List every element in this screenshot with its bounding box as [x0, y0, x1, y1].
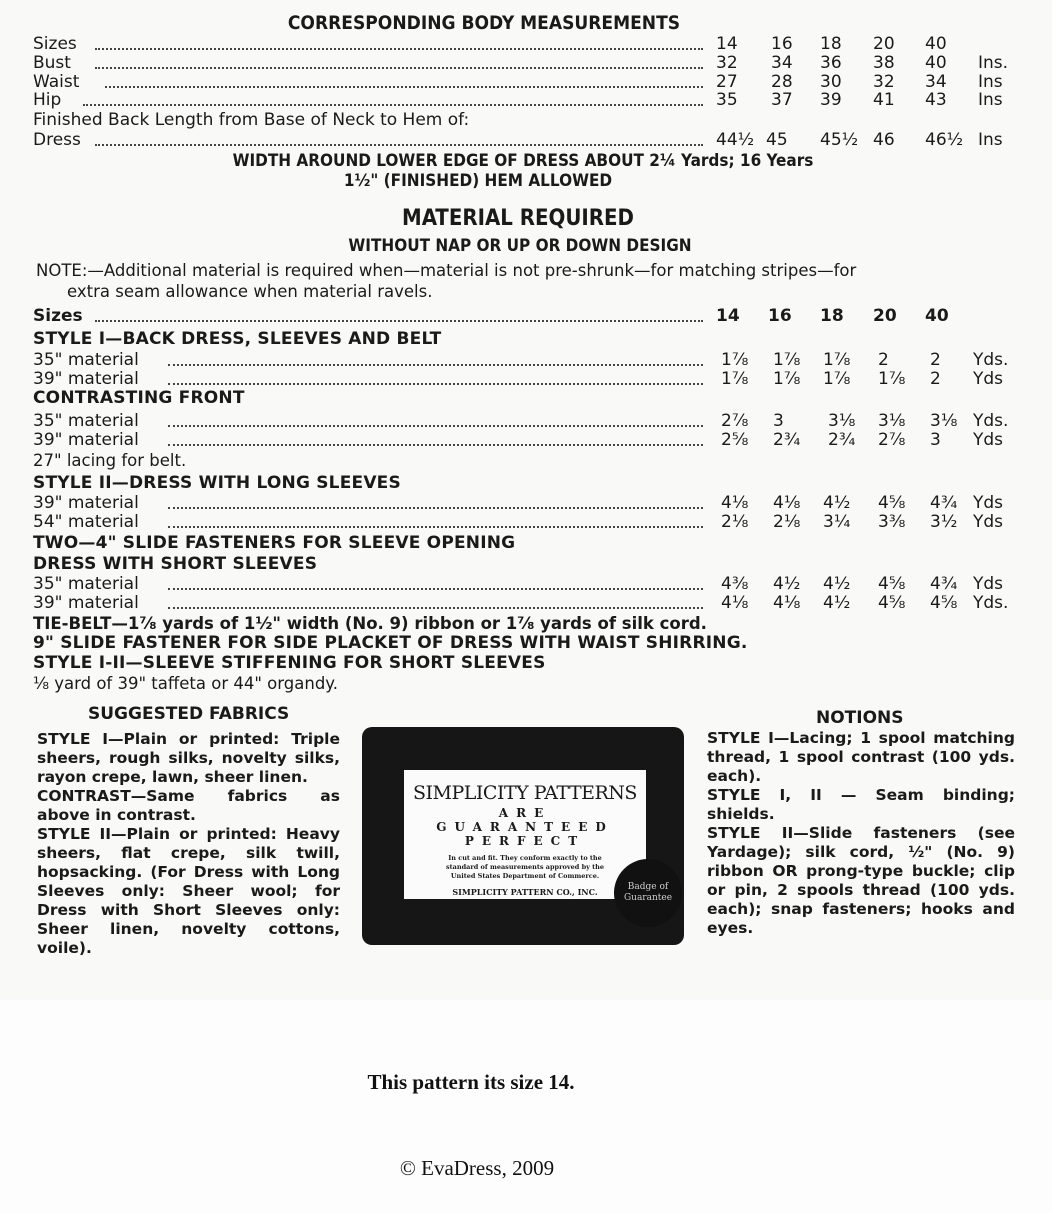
row-label: Waist [33, 72, 79, 92]
notions-style2: STYLE II—Slide fasteners (see Yardage); … [707, 824, 1015, 938]
value: 2 [878, 350, 933, 370]
value: 1⅞ [721, 350, 776, 370]
value: 18 [820, 306, 875, 326]
material-note-line1: NOTE:—Additional material is required wh… [36, 261, 856, 280]
leader-dots [95, 46, 703, 50]
value: 41 [873, 90, 928, 110]
unit: Ins [978, 90, 1003, 110]
value: 16 [768, 306, 823, 326]
value: 3⅛ [828, 411, 883, 431]
value: 4⅛ [721, 493, 776, 513]
value: 1⅞ [773, 369, 828, 389]
value: 4⅛ [721, 593, 776, 613]
value: 34 [925, 72, 980, 92]
pattern-page: CORRESPONDING BODY MEASUREMENTS Sizes 14… [0, 0, 1052, 1213]
row-label: 35" material [33, 574, 139, 594]
value: 1⅞ [721, 369, 776, 389]
contrasting-front-heading: CONTRASTING FRONT [33, 388, 245, 408]
material-note-line2: extra seam allowance when material ravel… [67, 282, 432, 301]
leader-dots [105, 84, 703, 88]
pattern-size-note: This pattern its size 14. [0, 1070, 997, 1095]
value: 1⅞ [823, 350, 878, 370]
row-label: Bust [33, 53, 71, 73]
badge-line2: ARE GUARANTEED [404, 806, 646, 834]
value: 2¾ [773, 430, 828, 450]
material-row: 54" material 2⅛ 2⅛ 3¼ 3⅜ 3½ Yds [33, 512, 1023, 532]
value: 32 [873, 72, 928, 92]
value: 44½ [716, 130, 771, 150]
simplicity-guarantee-badge: SIMPLICITY PATTERNS ARE GUARANTEED PERFE… [362, 727, 684, 945]
badge-small-line: United States Department of Commerce. [404, 872, 646, 881]
measurement-row-waist: Waist 27 28 30 32 34 Ins [33, 72, 1023, 92]
unit: Yds [973, 430, 1003, 450]
unit: Yds [973, 369, 1003, 389]
style1-heading: STYLE I—BACK DRESS, SLEEVES AND BELT [33, 329, 441, 349]
row-label: Sizes [33, 34, 77, 54]
value: 40 [925, 306, 980, 326]
material-row: 35" material 1⅞ 1⅞ 1⅞ 2 2 Yds. [33, 350, 1023, 370]
value: 18 [820, 34, 875, 54]
notions-style1: STYLE I—Lacing; 1 spool matching thread,… [707, 729, 1015, 786]
badge-small-text: In cut and fit. They conform exactly to … [404, 854, 646, 881]
tie-belt-text: TIE-BELT—1⅞ yards of 1½" width (No. 9) r… [33, 614, 707, 633]
value: 14 [716, 34, 771, 54]
stiffening-heading: STYLE I-II—SLEEVE STIFFENING FOR SHORT S… [33, 653, 546, 673]
value: 4⅛ [773, 493, 828, 513]
value: 3⅜ [878, 512, 933, 532]
value: 45½ [820, 130, 875, 150]
notions-title: NOTIONS [816, 708, 904, 728]
value: 27 [716, 72, 771, 92]
fabrics-style2: STYLE II—Plain or printed: Heavy sheers,… [37, 825, 340, 958]
value: 4½ [823, 593, 878, 613]
value: 37 [771, 90, 826, 110]
value: 35 [716, 90, 771, 110]
leader-dots [168, 362, 703, 366]
measurement-row-sizes: Sizes 14 16 18 20 40 [33, 34, 1023, 54]
suggested-fabrics-text: STYLE I—Plain or printed: Triple sheers,… [37, 730, 340, 958]
value: 46 [873, 130, 928, 150]
value: 3 [773, 411, 828, 431]
suggested-fabrics-title: SUGGESTED FABRICS [88, 704, 289, 724]
value: 4⅝ [878, 574, 933, 594]
leader-dots [168, 586, 703, 590]
value: 3⅛ [878, 411, 933, 431]
value: 20 [873, 34, 928, 54]
value: 1⅞ [878, 369, 933, 389]
value: 20 [873, 306, 928, 326]
seal-text: Badge of Guarantee [614, 882, 682, 904]
row-label: 39" material [33, 369, 139, 389]
hem-note: 1½" (FINISHED) HEM ALLOWED [0, 171, 1004, 191]
value: 34 [771, 53, 826, 73]
leader-dots [168, 605, 703, 609]
copyright: © EvaDress, 2009 [0, 1156, 1003, 1181]
value: 32 [716, 53, 771, 73]
value: 2⅛ [721, 512, 776, 532]
style2-heading: STYLE II—DRESS WITH LONG SLEEVES [33, 473, 401, 493]
short-sleeves-heading: DRESS WITH SHORT SLEEVES [33, 554, 317, 574]
badge-small-line: In cut and fit. They conform exactly to … [404, 854, 646, 863]
material-sizes-row: Sizes 14 16 18 20 40 [33, 306, 1023, 326]
value: 4⅛ [773, 593, 828, 613]
side-placket-fastener-note: 9" SLIDE FASTENER FOR SIDE PLACKET OF DR… [33, 633, 748, 653]
value: 4½ [823, 493, 878, 513]
material-row: 39" material 2⅝ 2¾ 2¾ 2⅞ 3 Yds [33, 430, 1023, 450]
leader-dots [168, 505, 703, 509]
leader-dots [168, 381, 703, 385]
value: 2⅛ [773, 512, 828, 532]
material-row: 35" material 2⅞ 3 3⅛ 3⅛ 3⅛ Yds. [33, 411, 1023, 431]
unit: Yds. [973, 411, 1008, 431]
badge-panel: SIMPLICITY PATTERNS ARE GUARANTEED PERFE… [404, 770, 646, 899]
unit: Yds [973, 512, 1003, 532]
material-row: 39" material 4⅛ 4⅛ 4½ 4⅝ 4⅝ Yds. [33, 593, 1023, 613]
measurement-row-hip: Hip 35 37 39 41 43 Ins [33, 90, 1023, 110]
stiffening-text: ⅛ yard of 39" taffeta or 44" organdy. [33, 674, 338, 693]
material-required-title: MATERIAL REQUIRED [0, 206, 1044, 231]
notions-style1-2: STYLE I, II — Seam binding; shields. [707, 786, 1015, 824]
row-label: 35" material [33, 411, 139, 431]
leader-dots [168, 423, 703, 427]
row-label: 35" material [33, 350, 139, 370]
value: 2¾ [828, 430, 883, 450]
leader-dots [95, 65, 703, 69]
notions-text: STYLE I—Lacing; 1 spool matching thread,… [707, 729, 1015, 938]
value: 4⅝ [878, 593, 933, 613]
unit: Ins. [978, 53, 1008, 73]
badge-title: SIMPLICITY PATTERNS [404, 782, 646, 804]
value: 30 [820, 72, 875, 92]
value: 43 [925, 90, 980, 110]
value: 14 [716, 306, 771, 326]
value: 1⅞ [823, 369, 878, 389]
measurement-row-bust: Bust 32 34 36 38 40 Ins. [33, 53, 1023, 73]
leader-dots [168, 442, 703, 446]
unit: Yds. [973, 593, 1008, 613]
sleeve-fasteners-heading: TWO—4" SLIDE FASTENERS FOR SLEEVE OPENIN… [33, 533, 515, 553]
unit: Ins [978, 72, 1003, 92]
value: 38 [873, 53, 928, 73]
value: 45 [766, 130, 821, 150]
row-label: 39" material [33, 430, 139, 450]
guarantee-seal-icon: Badge of Guarantee [614, 859, 682, 927]
measurement-row-dress: Dress 44½ 45 45½ 46 46½ Ins [33, 130, 1023, 150]
material-required-subtitle: WITHOUT NAP OR UP OR DOWN DESIGN [0, 236, 1046, 256]
row-label: 39" material [33, 493, 139, 513]
leader-dots [95, 318, 703, 322]
fabrics-style1: STYLE I—Plain or printed: Triple sheers,… [37, 730, 340, 787]
value: 2⅝ [721, 430, 776, 450]
unit: Ins [978, 130, 1003, 150]
unit: Yds [973, 493, 1003, 513]
badge-small-line: standard of measurements approved by the [404, 863, 646, 872]
value: 2⅞ [878, 430, 933, 450]
value: 4⅝ [878, 493, 933, 513]
unit: Yds [973, 574, 1003, 594]
value: 40 [925, 34, 980, 54]
value: 4½ [773, 574, 828, 594]
fabrics-contrast: CONTRAST—Same fabrics as above in contra… [37, 787, 340, 825]
value: 36 [820, 53, 875, 73]
row-label: Sizes [33, 306, 83, 326]
leader-dots [95, 142, 703, 146]
material-row: 39" material 1⅞ 1⅞ 1⅞ 1⅞ 2 Yds [33, 369, 1023, 389]
value: 4½ [823, 574, 878, 594]
value: 28 [771, 72, 826, 92]
leader-dots [83, 102, 703, 106]
material-row: 35" material 4⅜ 4½ 4½ 4⅝ 4¾ Yds [33, 574, 1023, 594]
value: 40 [925, 53, 980, 73]
material-row: 39" material 4⅛ 4⅛ 4½ 4⅝ 4¾ Yds [33, 493, 1023, 513]
back-length-label: Finished Back Length from Base of Neck t… [33, 110, 469, 130]
unit: Yds. [973, 350, 1008, 370]
badge-line3: PERFECT [404, 834, 646, 848]
row-label: Dress [33, 130, 81, 150]
value: 39 [820, 90, 875, 110]
badge-company: SIMPLICITY PATTERN CO., INC. [404, 887, 646, 897]
row-label: 54" material [33, 512, 139, 532]
row-label: Hip [33, 90, 61, 110]
body-measurements-title: CORRESPONDING BODY MEASUREMENTS [0, 12, 1010, 34]
tie-belt-note: TIE-BELT—1⅞ yards of 1½" width (No. 9) r… [33, 614, 707, 633]
value: 2⅞ [721, 411, 776, 431]
value: 16 [771, 34, 826, 54]
value: 4⅜ [721, 574, 776, 594]
lacing-note: 27" lacing for belt. [33, 451, 186, 470]
row-label: 39" material [33, 593, 139, 613]
leader-dots [168, 524, 703, 528]
value: 3¼ [823, 512, 878, 532]
value: 46½ [925, 130, 980, 150]
width-note: WIDTH AROUND LOWER EDGE OF DRESS ABOUT 2… [0, 151, 1049, 171]
value: 1⅞ [773, 350, 828, 370]
